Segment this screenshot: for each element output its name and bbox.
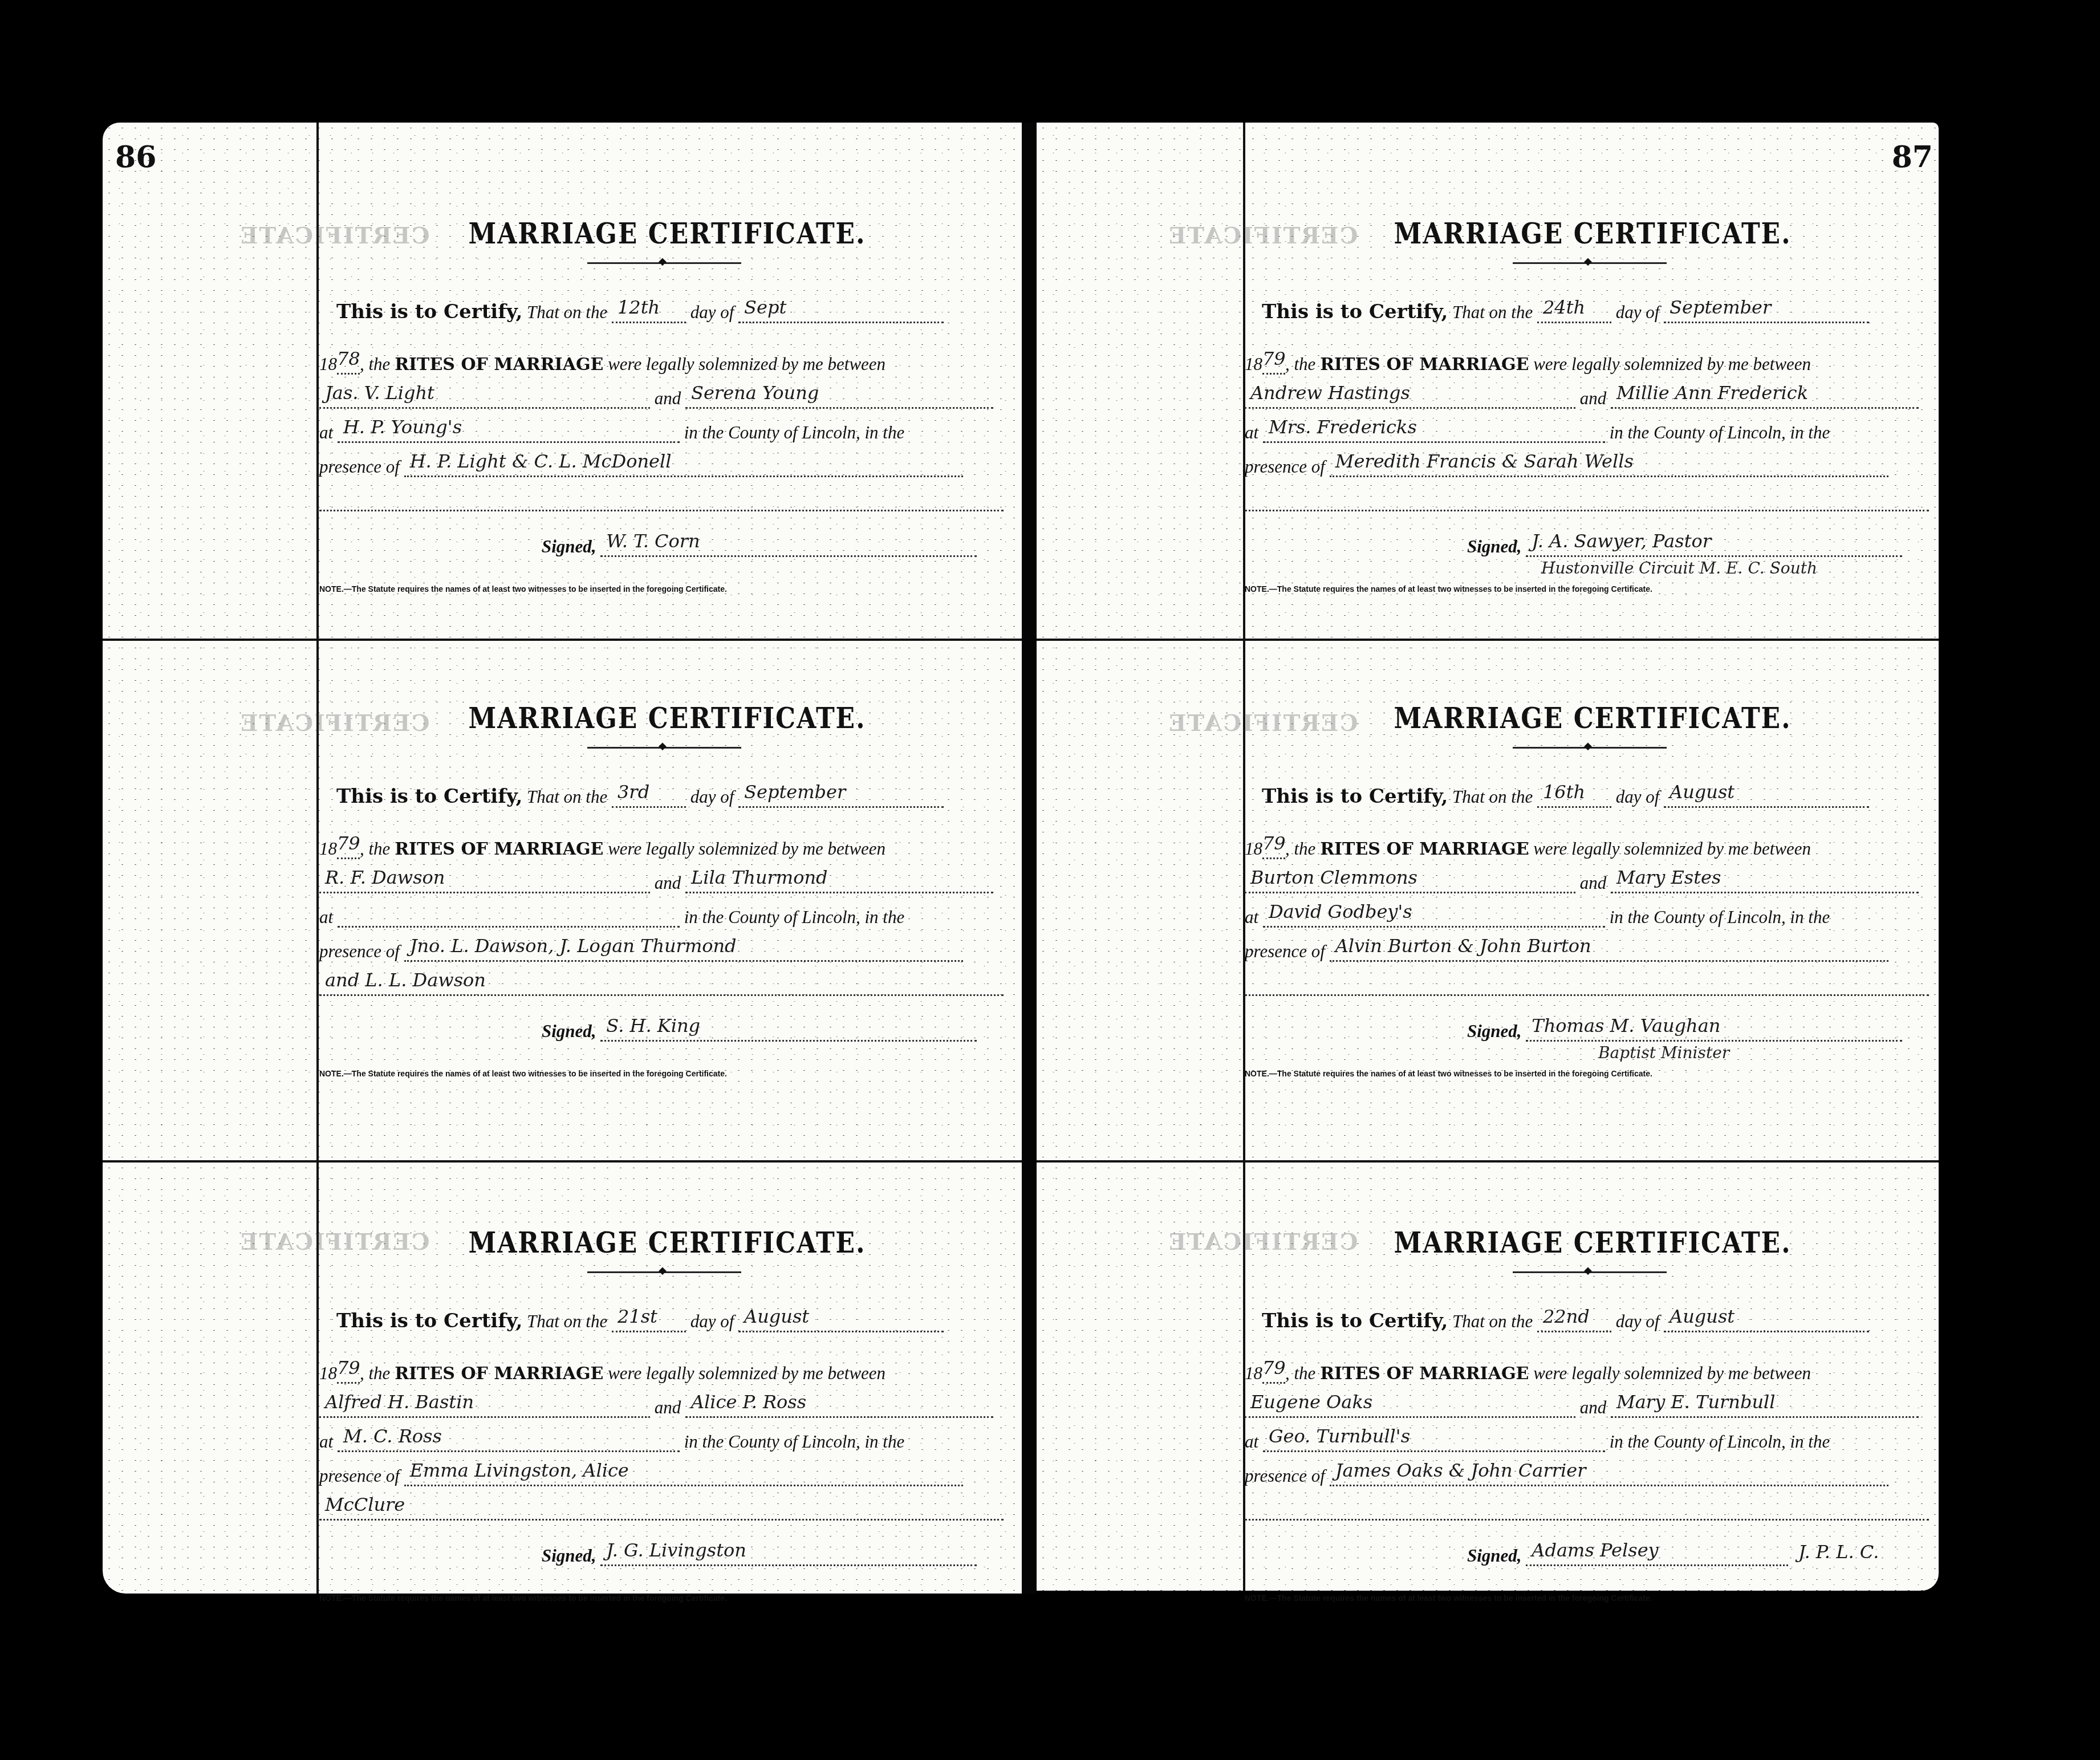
witnesses-field[interactable]: H. P. Light & C. L. McDonell — [404, 450, 963, 477]
month-field[interactable]: September — [1664, 296, 1869, 323]
witnesses-field-continued[interactable] — [1245, 1494, 1929, 1521]
statute-note: NOTE.—The Statute requires the names of … — [319, 1594, 1004, 1603]
year-field[interactable]: 79 — [1262, 348, 1285, 375]
statute-note: NOTE.—The Statute requires the names of … — [1245, 1594, 1929, 1603]
witnesses-field-continued[interactable]: McClure — [319, 1494, 1004, 1521]
officiant-title: Baptist Minister — [1598, 1043, 1729, 1062]
witnesses-field-continued[interactable] — [319, 485, 1004, 511]
bride-field[interactable]: Mary E. Turnbull — [1611, 1391, 1919, 1418]
marriage-certificate: MARRIAGE CERTIFICATE. This is to Certify… — [319, 1132, 1015, 1531]
place-field[interactable]: David Godbey's — [1263, 901, 1605, 928]
place-field[interactable]: M. C. Ross — [338, 1425, 680, 1452]
certificate-title: MARRIAGE CERTIFICATE. — [1370, 702, 1815, 735]
day-field[interactable]: 12th — [612, 296, 686, 323]
page-87: 87 CERTIFICATE CERTIFICATE CERTIFICATE M… — [1037, 123, 1939, 1591]
day-field[interactable]: 3rd — [612, 781, 686, 808]
place-field[interactable]: H. P. Young's — [338, 416, 680, 443]
book-gutter — [1022, 123, 1037, 1594]
officiant-signature-field[interactable]: Adams Pelsey — [1526, 1539, 1788, 1566]
ornament-divider — [587, 1271, 741, 1273]
bride-field[interactable]: Millie Ann Frederick — [1611, 382, 1919, 409]
margin-rule — [316, 123, 319, 1594]
marriage-certificate: MARRIAGE CERTIFICATE. This is to Certify… — [1245, 1132, 1940, 1531]
month-field[interactable]: September — [738, 781, 944, 808]
statute-note: NOTE.—The Statute requires the names of … — [319, 1069, 1004, 1078]
day-field[interactable]: 16th — [1537, 781, 1611, 808]
year-field[interactable]: 79 — [337, 832, 360, 859]
officiant-signature-field[interactable]: S. H. King — [600, 1015, 977, 1042]
ornament-divider — [1513, 262, 1667, 264]
ornament-divider — [587, 262, 741, 264]
ornament-divider — [1513, 747, 1667, 749]
year-field[interactable]: 79 — [1262, 832, 1285, 859]
bride-field[interactable]: Alice P. Ross — [685, 1391, 993, 1418]
witnesses-field[interactable]: Meredith Francis & Sarah Wells — [1330, 450, 1888, 477]
groom-field[interactable]: Alfred H. Bastin — [319, 1391, 650, 1418]
place-field[interactable]: Geo. Turnbull's — [1263, 1425, 1605, 1452]
statute-note: NOTE.—The Statute requires the names of … — [1245, 1069, 1929, 1078]
witnesses-field-continued[interactable] — [1245, 485, 1929, 511]
officiant-signature-field[interactable]: J. A. Sawyer, Pastor — [1526, 530, 1902, 557]
statute-note: NOTE.—The Statute requires the names of … — [319, 584, 1004, 594]
marriage-certificate: MARRIAGE CERTIFICATE. This is to Certify… — [319, 607, 1015, 1006]
ornament-divider — [587, 747, 741, 749]
month-field[interactable]: August — [738, 1306, 944, 1332]
certificate-title: MARRIAGE CERTIFICATE. — [445, 1226, 889, 1260]
day-field[interactable]: 22nd — [1537, 1306, 1611, 1332]
day-field[interactable]: 24th — [1537, 296, 1611, 323]
bride-field[interactable]: Lila Thurmond — [685, 867, 993, 893]
bride-field[interactable]: Mary Estes — [1611, 867, 1919, 893]
ornament-divider — [1513, 1271, 1667, 1273]
officiant-signature-field[interactable]: Thomas M. Vaughan — [1526, 1015, 1902, 1042]
year-field[interactable]: 78 — [337, 348, 360, 375]
marriage-certificate: MARRIAGE CERTIFICATE. This is to Certify… — [1245, 607, 1940, 1006]
witnesses-field[interactable]: Alvin Burton & John Burton — [1330, 935, 1888, 962]
witnesses-field-continued[interactable] — [1245, 969, 1929, 996]
groom-field[interactable]: R. F. Dawson — [319, 867, 650, 893]
officiant-signature-field[interactable]: W. T. Corn — [600, 530, 977, 557]
year-field[interactable]: 79 — [337, 1357, 360, 1384]
place-field[interactable]: Mrs. Fredericks — [1263, 416, 1605, 443]
officiant-signature-field[interactable]: J. G. Livingston — [600, 1539, 977, 1566]
groom-field[interactable]: Jas. V. Light — [319, 382, 650, 409]
certificate-title: MARRIAGE CERTIFICATE. — [445, 702, 889, 735]
certificate-title: MARRIAGE CERTIFICATE. — [1370, 217, 1815, 251]
officiant-title: J. P. L. C. — [1793, 1541, 1901, 1566]
place-field[interactable] — [338, 901, 680, 928]
witnesses-field[interactable]: James Oaks & John Carrier — [1330, 1460, 1888, 1486]
marriage-certificate: MARRIAGE CERTIFICATE. This is to Certify… — [1245, 123, 1940, 522]
day-field[interactable]: 21st — [612, 1306, 686, 1332]
certificate-title: MARRIAGE CERTIFICATE. — [445, 217, 889, 251]
month-field[interactable]: Sept — [738, 296, 944, 323]
month-field[interactable]: August — [1664, 1306, 1869, 1332]
page-86: 86 CERTIFICATE CERTIFICATE CERTIFICATE M… — [103, 123, 1022, 1594]
groom-field[interactable]: Burton Clemmons — [1245, 867, 1575, 893]
month-field[interactable]: August — [1664, 781, 1869, 808]
officiant-title: Hustonville Circuit M. E. C. South — [1541, 559, 1817, 578]
year-field[interactable]: 79 — [1262, 1357, 1285, 1384]
witnesses-field[interactable]: Emma Livingston, Alice — [404, 1460, 963, 1486]
marriage-certificate: MARRIAGE CERTIFICATE. This is to Certify… — [319, 123, 1015, 522]
witnesses-field[interactable]: Jno. L. Dawson, J. Logan Thurmond — [404, 935, 963, 962]
statute-note: NOTE.—The Statute requires the names of … — [1245, 584, 1929, 594]
groom-field[interactable]: Eugene Oaks — [1245, 1391, 1575, 1418]
bride-field[interactable]: Serena Young — [685, 382, 993, 409]
groom-field[interactable]: Andrew Hastings — [1245, 382, 1575, 409]
witnesses-field-continued[interactable]: and L. L. Dawson — [319, 969, 1004, 996]
page-number: 86 — [115, 140, 156, 174]
certificate-title: MARRIAGE CERTIFICATE. — [1370, 1226, 1815, 1260]
